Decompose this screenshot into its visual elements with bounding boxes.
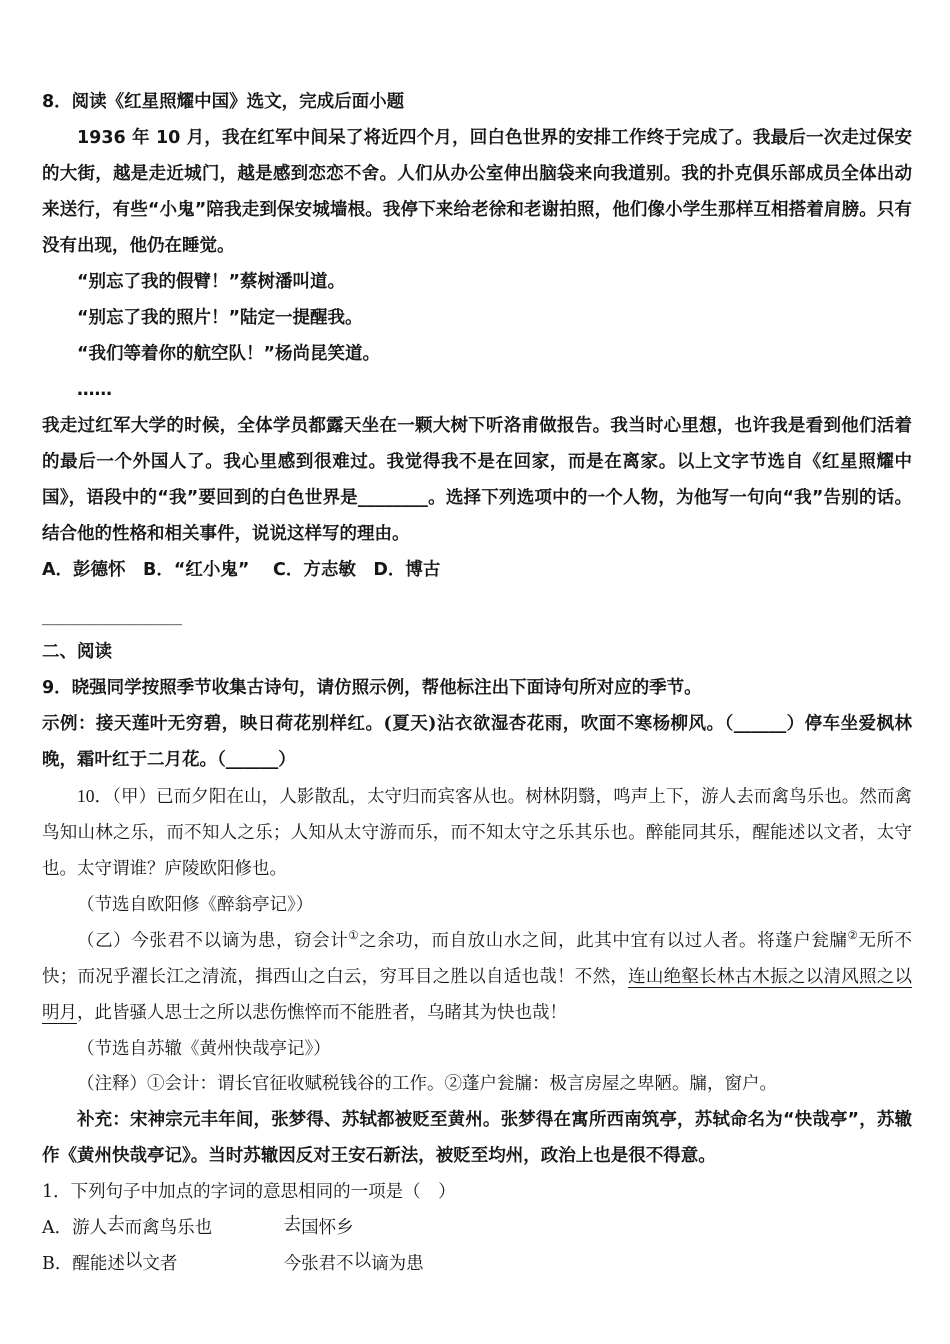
q10-sub1-option-b-row: B．醒能述以文者 今张君不以谪为患 — [42, 1246, 912, 1282]
q8-dialog-line-2: “别忘了我的照片！”陆定一提醒我。 — [42, 300, 912, 336]
q8-choices: A．彭德怀 B．“红小鬼” C．方志敏 D．博古 — [42, 552, 912, 588]
q10-source-jia: （节选自欧阳修《醉翁亭记》） — [42, 886, 912, 922]
q10-supplement: 补充：宋神宗元丰年间，张梦得、苏轼都被贬至黄州。张梦得在寓所西南筑亭，苏轼命名为… — [42, 1102, 912, 1174]
q10-sub1-option-a-row: A．游人去而禽鸟乐也 去国怀乡 — [42, 1210, 912, 1246]
option-b-phrase-right: 今张君不以谪为患 — [284, 1251, 424, 1274]
question-9-example: 示例：接天莲叶无穷碧，映日荷花别样红。(夏天)沾衣欲湿杏花雨，吹面不寒杨柳风。（… — [42, 706, 912, 778]
q10-sub-question-1-stem: 1．下列句子中加点的字词的意思相同的一项是（ ） — [42, 1174, 912, 1210]
q10-source-yi: （节选自苏辙《黄州快哉亭记》） — [42, 1030, 912, 1066]
exam-page: 8．阅读《红星照耀中国》选文，完成后面小题 1936 年 10 月，我在红军中间… — [0, 0, 950, 1344]
q8-dialog-line-1: “别忘了我的假臂！”蔡树潘叫道。 — [42, 264, 912, 300]
q8-dialog-line-3: “我们等着你的航空队！”杨尚昆笑道。 — [42, 336, 912, 372]
option-a-phrase-right: 去国怀乡 — [284, 1215, 354, 1238]
option-a-phrase-left: A．游人去而禽鸟乐也 — [42, 1210, 278, 1246]
q8-excerpt-paragraph-1: 1936 年 10 月，我在红军中间呆了将近四个月，回白色世界的安排工作终于完成… — [42, 120, 912, 264]
section-2-heading: 二、阅读 — [42, 634, 912, 670]
q8-answer-blank-line: ________________ — [42, 598, 912, 634]
question-9: 9．晓强同学按照季节收集古诗句，请仿照示例，帮他标注出下面诗句所对应的季节。 — [42, 670, 912, 706]
q10-passage-jia: 10．（甲）已而夕阳在山，人影散乱，太守归而宾客从也。树林阴翳，鸣声上下，游人去… — [42, 778, 912, 886]
q8-excerpt-paragraph-2-task: 我走过红军大学的时候，全体学员都露天坐在一颗大树下听洛甫做报告。我当时心里想，也… — [42, 408, 912, 552]
q10-passage-yi: （乙）今张君不以谪为患，窃会计①之余功，而自放山水之间，此其中宜有以过人者。将蓬… — [42, 922, 912, 1030]
option-b-phrase-left: B．醒能述以文者 — [42, 1246, 278, 1282]
q8-ellipsis: …… — [42, 372, 912, 408]
q10-notes: （注释）①会计：谓长官征收赋税钱谷的工作。②蓬户瓮牖：极言房屋之卑陋。牖，窗户。 — [42, 1066, 912, 1102]
question-8-heading: 8．阅读《红星照耀中国》选文，完成后面小题 — [42, 84, 912, 120]
